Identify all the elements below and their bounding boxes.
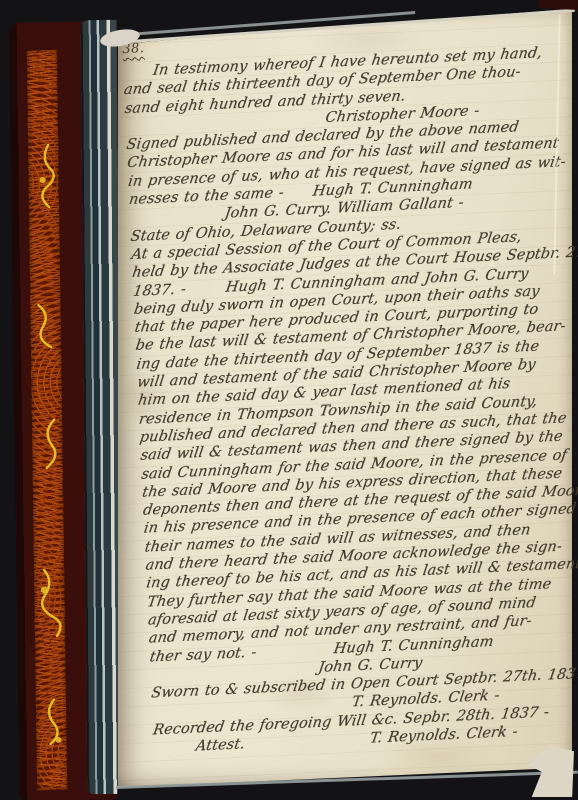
handwritten-content: 38. In testimony whereof I have hereunto… <box>120 23 578 758</box>
manuscript-lines: In testimony whereof I have hereunto set… <box>121 44 578 758</box>
page-edges-stack <box>81 20 124 794</box>
manuscript-page: 38. In testimony whereof I have hereunto… <box>118 8 572 788</box>
photograph-of-will-record-book: 38. In testimony whereof I have hereunto… <box>0 0 578 800</box>
manuscript-line-left: 1837. - <box>132 280 187 301</box>
